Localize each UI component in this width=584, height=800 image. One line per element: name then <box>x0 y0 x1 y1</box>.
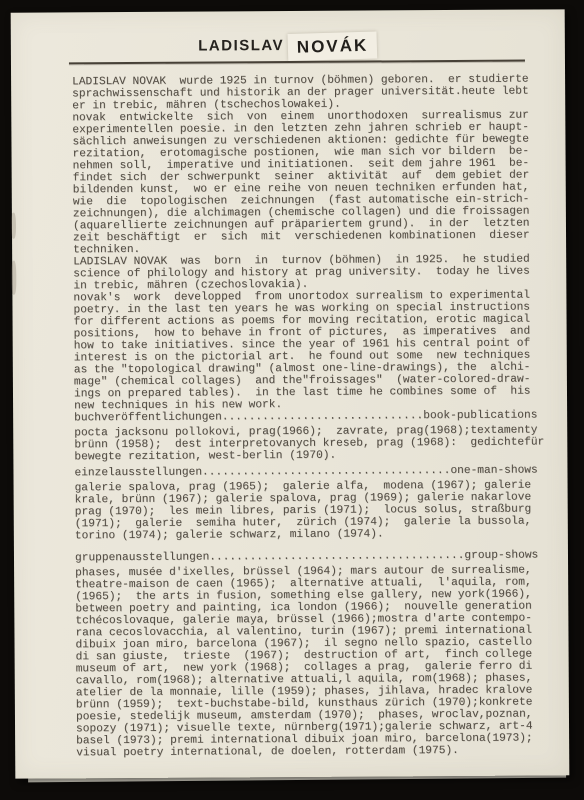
section-label-en: one-man-shows <box>450 464 537 477</box>
section-label-en: book-publications <box>423 409 537 422</box>
group-shows-list: phases, musée d'ixelles, brüssel (1964);… <box>75 564 554 759</box>
header-first-name: LADISLAV <box>198 37 284 55</box>
section-label-de: buchveröffentlichungen <box>74 411 222 424</box>
header-last-name: NOVÁK <box>297 36 369 57</box>
section-header-one-man-shows: einzelausstellungen.....................… <box>74 464 552 479</box>
dotted-leader: ...................................... <box>209 550 464 564</box>
paper-edge-crease <box>11 261 16 295</box>
section-header-book-publications: buchveröffentlichungen..................… <box>74 409 552 424</box>
header-name-sticker: NOVÁK <box>288 31 378 61</box>
paper-edge-crease <box>11 213 16 239</box>
section-label-de: gruppenausstellungen <box>75 551 209 564</box>
section-header-group-shows: gruppenausstellungen....................… <box>75 549 553 564</box>
bio-paragraph-german: LADISLAV NOVAK wurde 1925 in turnov (böh… <box>72 73 551 256</box>
dotted-leader: ..................................... <box>202 465 450 479</box>
page-header: LADISLAVNOVÁK <box>11 31 565 61</box>
section-label-en: group-shows <box>464 549 538 561</box>
dotted-leader: .............................. <box>222 410 423 423</box>
bio-paragraph-english: LADISLAV NOVAK was born in turnov (böhme… <box>73 253 552 412</box>
scanned-page: LADISLAVNOVÁK LADISLAV NOVAK wurde 1925 … <box>11 9 570 778</box>
section-label-de: einzelausstellungen <box>74 467 202 480</box>
photo-background: LADISLAVNOVÁK LADISLAV NOVAK wurde 1925 … <box>0 0 584 800</box>
book-publications-list: pocta jacksonu pollokovi, prag(1966); za… <box>74 424 552 463</box>
one-man-shows-list: galerie spalova, prag (1965); galerie al… <box>75 479 553 542</box>
text-column: LADISLAV NOVAK wurde 1925 in turnov (böh… <box>72 73 554 759</box>
